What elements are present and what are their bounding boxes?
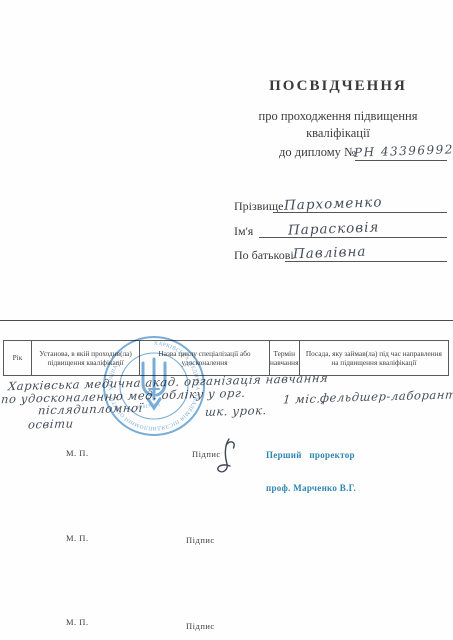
seal-place-label-2: М. П.: [66, 533, 89, 543]
trident-icon: [143, 359, 165, 408]
diploma-number-handwritten: РН 43396992: [354, 142, 453, 159]
diploma-number-label: до диплому №: [279, 145, 356, 160]
seal-number: № 0134871: [136, 402, 161, 411]
table-header-year: Рік: [4, 341, 32, 375]
firstname-handwritten: Парасковія: [288, 219, 380, 238]
signature-icon: [212, 437, 242, 475]
section-divider-line: [0, 320, 453, 321]
signature-label-3: Підпис: [186, 621, 215, 631]
approval-line-2: проф. Марченко В.Г.: [266, 483, 376, 494]
subtitle-line-1: про проходження підвищення: [232, 108, 444, 125]
subtitle-line-2: кваліфікації: [232, 125, 444, 142]
subtitle: про проходження підвищення кваліфікації: [232, 108, 444, 142]
diploma-number-line: [355, 160, 447, 161]
table-header-term: Термін навчання: [270, 341, 300, 375]
signature-label-2: Підпис: [186, 535, 215, 545]
qualification-table: Рік Установа, в якій проходив(ла) підвищ…: [3, 340, 449, 376]
certificate-page: ПОСВІДЧЕННЯ про проходження підвищення к…: [0, 0, 453, 640]
firstname-label: Ім'я: [234, 224, 253, 239]
surname-handwritten: Пархоменко: [284, 194, 383, 213]
entry-institution-line4: освіти: [27, 416, 74, 431]
table-header-position: Посада, яку займав(ла) під час направлен…: [300, 341, 448, 375]
patronymic-handwritten: Павлівна: [293, 244, 367, 263]
seal-place-label-1: М. П.: [66, 448, 89, 458]
seal-place-label-3: М. П.: [66, 617, 89, 627]
official-seal-stamp: ХАРКІВСЬКА МЕДИЧНА АКАДЕМІЯ ПІСЛЯДИПЛОМН…: [99, 333, 209, 441]
approval-stamp: Перший проректор проф. Марченко В.Г.: [266, 427, 376, 517]
page-title: ПОСВІДЧЕННЯ: [232, 78, 444, 95]
approval-line-1: Перший проректор: [266, 450, 376, 461]
firstname-line: [259, 237, 447, 238]
entry-position: фельдшер-лаборантка: [319, 387, 453, 405]
entry-cycle-line3: шк. урок.: [204, 403, 267, 419]
